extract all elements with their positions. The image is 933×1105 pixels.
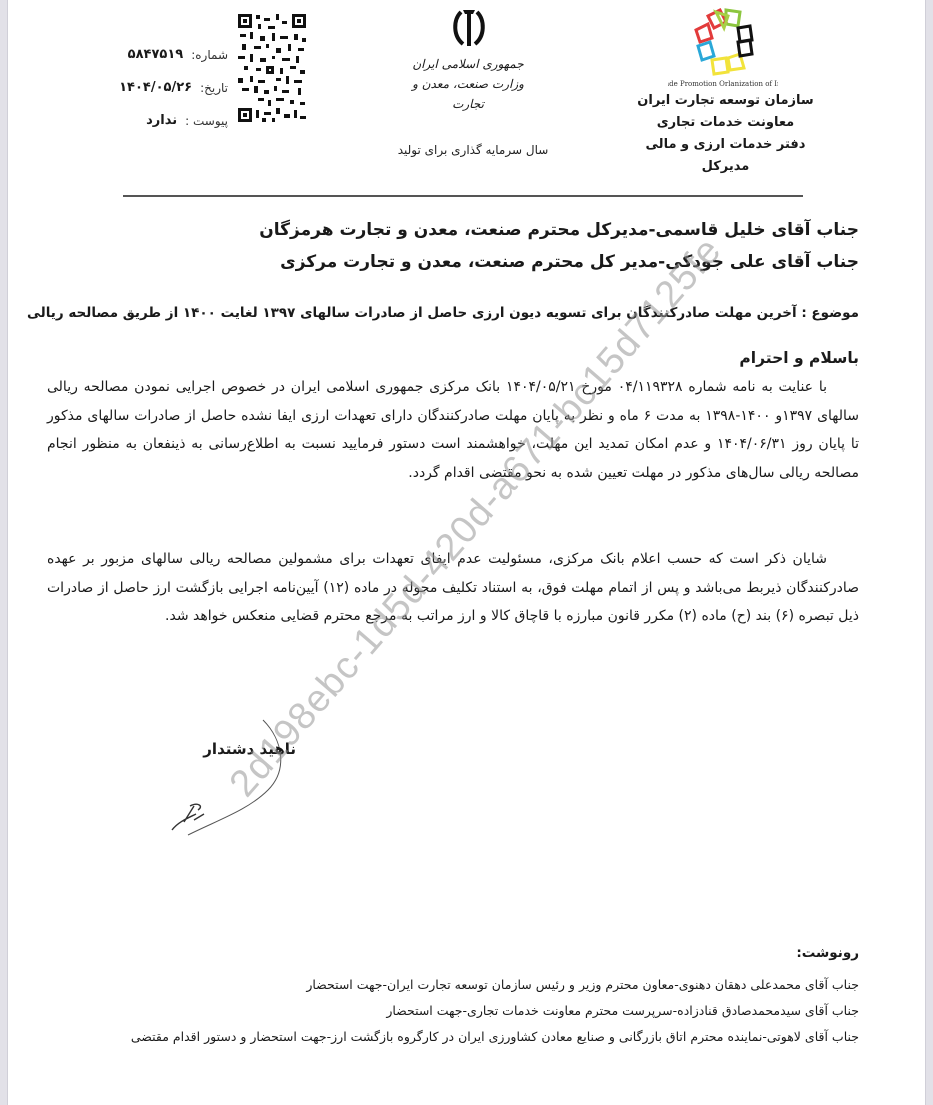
letter-meta: شماره: ۵۸۴۷۵۱۹ تاریخ: ۱۴۰۴/۰۵/۲۶ پیوست :… [78, 38, 228, 137]
letter-number-label: شماره: [191, 48, 228, 62]
right-page-edge [925, 0, 933, 1105]
body-paragraph-2: شایان ذکر است که حسب اعلام بانک مرکزی، م… [47, 545, 859, 631]
letter-date-value: ۱۴۰۴/۰۵/۲۶ [119, 80, 192, 95]
recipient-line: جناب آقای علی جودکی-مدیر کل محترم صنعت، … [99, 246, 859, 278]
republic-name: جمهوری اسلامی ایران [398, 54, 538, 74]
org-role: مدیرکل [628, 156, 823, 178]
body-paragraph-1: با عنایت به نامه شماره ۰۴/۱۱۹۳۲۸ مورخ ۱۴… [47, 373, 859, 487]
org-office: دفتر خدمات ارزی و مالی [628, 134, 823, 156]
org-name: سازمان توسعه تجارت ایران [628, 90, 823, 112]
left-page-edge [0, 0, 8, 1105]
paragraph-text: شایان ذکر است که حسب اعلام بانک مرکزی، م… [47, 545, 859, 631]
cc-title: رونوشت: [796, 945, 859, 961]
handwritten-signature [158, 710, 318, 850]
letter-page: Trade Promotion Orlanization of Iran ساز… [8, 0, 925, 1105]
letter-number-value: ۵۸۴۷۵۱۹ [128, 47, 184, 62]
ministry-name: وزارت صنعت، معدن و تجارت [398, 74, 538, 114]
trade-promotion-organization-logo: Trade Promotion Orlanization of Iran [668, 2, 778, 88]
cc-list: جناب آقای محمدعلی دهقان دهنوی-معاون محتر… [0, 972, 859, 1050]
ministry-block: جمهوری اسلامی ایران وزارت صنعت، معدن و ت… [398, 54, 538, 114]
signatory-name: ناهید دشتدار [166, 740, 296, 758]
paragraph-text: با عنایت به نامه شماره ۰۴/۱۱۹۳۲۸ مورخ ۱۴… [47, 373, 859, 487]
year-slogan: سال سرمایه گذاری برای تولید [388, 143, 558, 157]
attachment-value: ندارد [146, 113, 177, 128]
iran-emblem-icon [451, 6, 487, 50]
recipients: جناب آقای خلیل قاسمی-مدیرکل محترم صنعت، … [99, 214, 859, 278]
recipient-line: جناب آقای خلیل قاسمی-مدیرکل محترم صنعت، … [99, 214, 859, 246]
qr-code[interactable] [236, 12, 308, 124]
svg-text:Trade Promotion Orlanization o: Trade Promotion Orlanization of Iran [668, 80, 778, 88]
cc-item: جناب آقای لاهوتی-نماینده محترم اتاق بازر… [0, 1024, 859, 1050]
cc-item: جناب آقای محمدعلی دهقان دهنوی-معاون محتر… [0, 972, 859, 998]
attachment-row: پیوست : ندارد [78, 104, 228, 137]
letter-date-row: تاریخ: ۱۴۰۴/۰۵/۲۶ [78, 71, 228, 104]
cc-item: جناب آقای سیدمحمدصادق قنادزاده-سرپرست مح… [0, 998, 859, 1024]
letter-subject: موضوع : آخرین مهلت صادرکنندگان برای تسوی… [0, 302, 859, 324]
greeting: باسلام و احترام [559, 344, 859, 372]
attachment-label: پیوست : [185, 114, 228, 128]
letter-date-label: تاریخ: [200, 81, 228, 95]
org-deputy: معاونت خدمات تجاری [628, 112, 823, 134]
organization-block: سازمان توسعه تجارت ایران معاونت خدمات تج… [628, 90, 823, 178]
header-divider [123, 195, 803, 197]
letter-number-row: شماره: ۵۸۴۷۵۱۹ [78, 38, 228, 71]
